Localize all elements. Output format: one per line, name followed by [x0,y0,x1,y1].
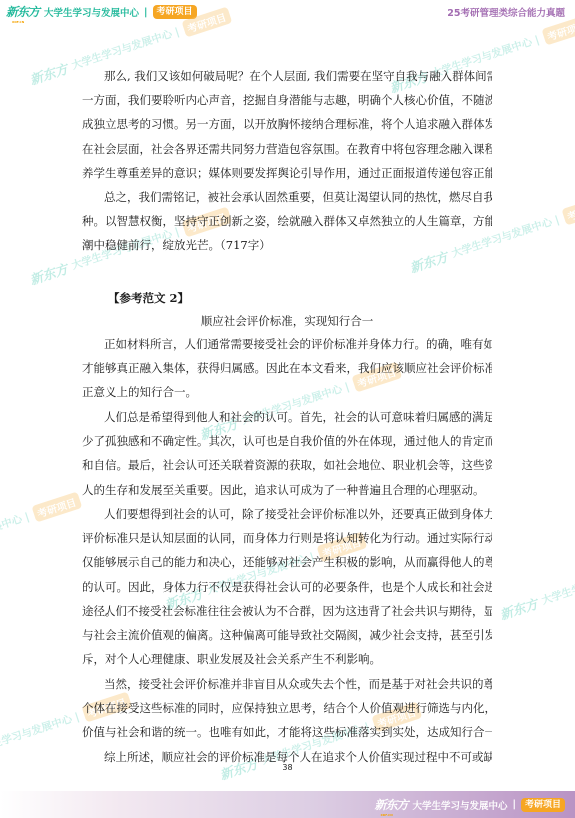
text-line: 与社会主流价值观的偏离。这种偏离可能导致社交隔阂，减少社会支持，甚至引发误解与排 [82,623,492,647]
page-number: 38 [0,763,575,772]
page-footer: 新东方XDF.CN 大学生学习与发展中心 | 考研项目 [0,791,575,818]
brand-separator: | [144,7,147,18]
paragraph: 当然，接受社会评价标准并非盲目从众或失去个性，而是基于对社会共识的尊重与理解。 … [82,672,492,745]
text-line: 个体在接受这些标准的同时，应保持独立思考，结合个人价值观进行筛选与内化，实现个人 [82,696,492,720]
paragraph: 人们总是希望得到他人和社会的认可。首先，社会的认可意味着归属感的满足，继而减 少… [82,405,492,502]
text-line: 仅能够展示自己的能力和决心，还能够对社会产生积极的影响，从而赢得他人的尊重和社会 [82,550,492,574]
text-line: 人们总是希望得到他人和社会的认可。首先，社会的认可意味着归属感的满足，继而减 [82,405,492,429]
watermark: 新东方大学生学习与发展中心 |考研项目 [497,541,575,624]
text-line: 评价标准只是认知层面的认同，而身体力行则是将认知转化为行动。通过实际行动，人们不 [82,526,492,550]
essay-title: 顺应社会评价标准，实现知行合一 [82,313,492,329]
text-line: 潮中稳健前行，绽放光芒。（717字） [82,233,492,257]
watermark: 新东方大学生学习与发展中心 |考研项目 [0,491,82,574]
text-line: 少了孤独感和不确定性。其次，认可也是自我价值的外在体现，通过他人的肯定而获得自尊 [82,429,492,453]
text-line: 价值与社会和谐的统一。也唯有如此，才能将这些标准落实到实处，达成知行合一。 [82,720,492,744]
paragraph: 那么, 我们又该如何破局呢？在个人层面, 我们需要在坚守自我与融入群体间需求平衡… [82,64,492,185]
text-line: 人的生存和发展至关重要。因此，追求认可成为了一种普遍且合理的心理驱动。 [82,478,492,502]
paragraph: 人们不接受社会标准往往会被认为不合群，因为这违背了社会共识与期待，显示出个体 与… [82,599,492,672]
header-brand: 新东方XDF.CN 大学生学习与发展中心 | 考研项目 [6,5,197,19]
paragraph: 总之，我们需铭记，被社会承认固然重要，但莫让渴望认同的热忱，燃尽自我个性的火 种… [82,185,492,258]
brand-name: 大学生学习与发展中心 [44,5,139,19]
text-line: 总之，我们需铭记，被社会承认固然重要，但莫让渴望认同的热忱，燃尽自我个性的火 [82,185,492,209]
brand-separator: | [513,799,516,810]
text-line: 斥，对个人心理健康、职业发展及社会关系产生不利影响。 [82,647,492,671]
text-line: 那么, 我们又该如何破局呢？在个人层面, 我们需要在坚守自我与融入群体间需求平衡… [82,64,492,88]
text-line: 一方面，我们要聆听内心声音，挖掘自身潜能与志趣，明确个人核心价值，不随波逐流，养 [82,88,492,112]
page-header: 新东方XDF.CN 大学生学习与发展中心 | 考研项目 25考研管理类综合能力真… [0,0,575,24]
kaoyan-badge: 考研项目 [153,5,197,19]
text-line: 种。以智慧权衡，坚持守正创新之姿，绘就融入群体又卓然独立的人生篇章，方能在时代浪 [82,209,492,233]
logo-subtext: XDF.CN [380,809,392,818]
text-line: 和自信。最后，社会认可还关联着资源的获取，如社会地位、职业机会等，这些资源对于个 [82,453,492,477]
text-line: 成独立思考的习惯。另一方面，以开放胸怀接纳合理标准，将个人追求融入群体发展脉络。 [82,112,492,136]
text-line: 当然，接受社会评价标准并非盲目从众或失去个性，而是基于对社会共识的尊重与理解。 [82,672,492,696]
text-line: 才能够真正融入集体，获得归属感。因此在本文看来，我们应该顺应社会评价标准，实现真 [82,356,492,380]
logo-subtext: XDF.CN [12,16,24,28]
section-heading: 【参考范文 2】 [108,290,189,306]
text-line: 在社会层面，社会各界还需共同努力营造包容氛围。在教育中将包容理念融入课程，从小培 [82,137,492,161]
paragraph: 正如材料所言，人们通常需要接受社会的评价标准并身体力行。的确，唯有如此，我们 才… [82,332,492,405]
xdf-logo-icon: 新东方XDF.CN [374,799,407,811]
text-line: 养学生尊重差异的意识；媒体则要发挥舆论引导作用，通过正面报道传递包容正能量。 [82,161,492,185]
text-line: 人们要想得到社会的认可，除了接受社会评价标准以外，还要真正做到身体力行。接受 [82,502,492,526]
brand-name: 大学生学习与发展中心 [412,798,507,812]
text-line: 正意义上的知行合一。 [82,380,492,404]
document-title: 25考研管理类综合能力真题 [447,5,565,19]
xdf-logo-icon: 新东方XDF.CN [6,6,39,18]
text-line: 正如材料所言，人们通常需要接受社会的评价标准并身体力行。的确，唯有如此，我们 [82,332,492,356]
text-line: 人们不接受社会标准往往会被认为不合群，因为这违背了社会共识与期待，显示出个体 [82,599,492,623]
text-line: 的认可。因此，身体力行不仅是获得社会认可的必要条件，也是个人成长和社会进步的重要 [82,575,492,599]
kaoyan-badge: 考研项目 [521,798,565,812]
